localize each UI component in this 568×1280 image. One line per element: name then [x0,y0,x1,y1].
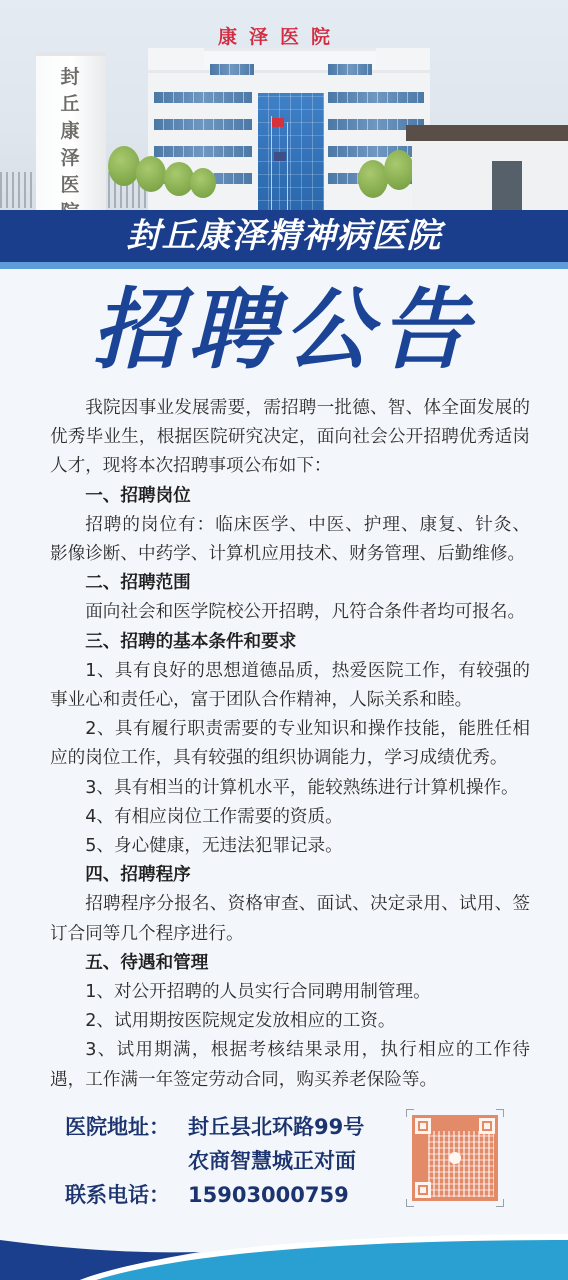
wechat-logo-icon [449,1152,461,1164]
address-line2: 农商智慧城正对面 [188,1144,356,1178]
qr-finder-icon [415,1182,431,1198]
section-heading: 五、待遇和管理 [50,949,530,978]
section-heading: 三、招聘的基本条件和要求 [50,628,530,657]
intro-paragraph: 我院因事业发展需要，需招聘一批德、智、体全面发展的优秀毕业生，根据医院研究决定，… [50,394,530,482]
hospital-name: 封丘康泽精神病医院 [0,210,568,262]
glass-facade [258,93,324,212]
section-paragraph: 招聘的岗位有：临床医学、中医、护理、康复、针灸、 影像诊断、中药学、计算机应用技… [50,511,530,569]
section-heading: 二、招聘范围 [50,569,530,598]
bottom-wave-decoration [0,1220,568,1280]
address-row-2: 农商智慧城正对面 [65,1144,395,1178]
phone-label: 联系电话： [65,1178,188,1212]
section-paragraph: 4、有相应岗位工作需要的资质。 [50,803,530,832]
section-heading: 一、招聘岗位 [50,482,530,511]
address-line1: 封丘县北环路99号 [188,1110,364,1144]
pillar-sign: 封 丘 康 泽 医 院 [55,64,85,212]
section-paragraph: 3、具有相当的计算机水平，能较熟练进行计算机操作。 [50,774,530,803]
qr-finder-icon [479,1118,495,1134]
tree [190,168,216,198]
gatehouse [412,125,568,212]
section-heading: 四、招聘程序 [50,861,530,890]
section-paragraph: 2、试用期按医院规定发放相应的工资。 [50,1007,530,1036]
section-paragraph: 2、具有履行职责需要的专业知识和操作技能，能胜任相应的岗位工作，具有较强的组织协… [50,715,530,773]
section-paragraph: 1、对公开招聘的人员实行合同聘用制管理。 [50,978,530,1007]
section-paragraph: 5、身心健康，无违法犯罪记录。 [50,832,530,861]
tree [108,146,140,186]
flag-icon [274,152,286,161]
page-title: 招聘公告 [0,282,568,378]
section-paragraph: 面向社会和医学院校公开招聘，凡符合条件者均可报名。 [50,598,530,627]
banner-stripe [0,262,568,269]
wechat-qr-code-icon[interactable] [412,1115,498,1201]
contact-info: 医院地址： 封丘县北环路99号 农商智慧城正对面 联系电话： 159030007… [65,1110,395,1212]
hospital-photo: 康泽医院 封 丘 康 泽 医 院 [0,0,568,212]
address-row: 医院地址： 封丘县北环路99号 [65,1110,395,1144]
section-paragraph: 招聘程序分报名、资格审查、面试、决定录用、试用、签订合同等几个程序进行。 [50,890,530,948]
tree [136,156,166,192]
qr-finder-icon [415,1118,431,1134]
phone-number[interactable]: 15903000759 [188,1178,349,1212]
section-paragraph: 1、具有良好的思想道德品质，热爱医院工作，有较强的事业心和责任心，富于团队合作精… [50,657,530,715]
flag-icon [272,118,284,127]
section-paragraph: 3、试用期满，根据考核结果录用，执行相应的工作待遇，工作满一年签定劳动合同，购买… [50,1036,530,1094]
announcement-body: 我院因事业发展需要，需招聘一批德、智、体全面发展的优秀毕业生，根据医院研究决定，… [50,394,530,1095]
phone-row: 联系电话： 15903000759 [65,1178,395,1212]
roof-sign: 康泽医院 [218,22,368,46]
address-label: 医院地址： [65,1110,188,1144]
tree [384,150,414,190]
